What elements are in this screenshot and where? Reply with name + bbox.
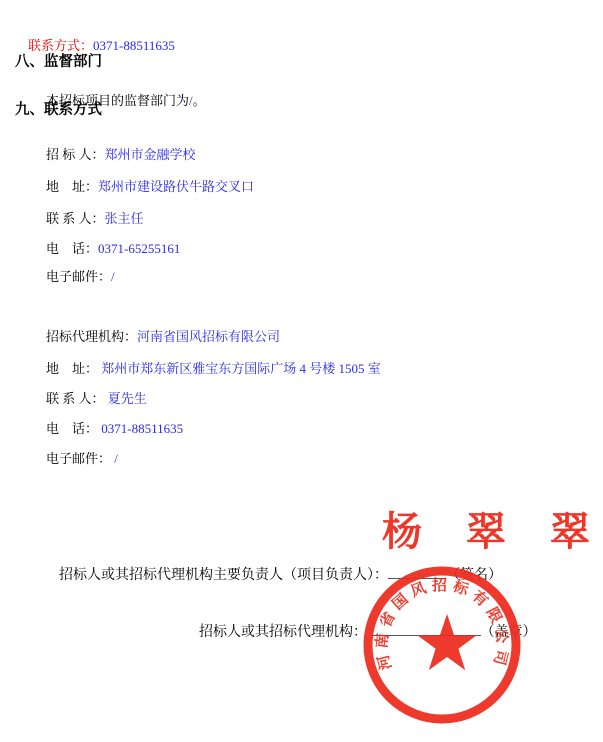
agency-email-value: / — [111, 451, 118, 466]
tenderer-email-label: 电子邮件： — [46, 269, 111, 284]
seal-star-icon — [418, 614, 477, 670]
sign-line-2-text: 招标人或其招标代理机构： — [199, 625, 371, 640]
section-9-heading: 九、联系方式 — [15, 98, 102, 119]
company-seal: 河南省国风招标有限公司 — [361, 565, 523, 725]
tenderer-email-value: / — [111, 269, 115, 284]
supervision-period: 。 — [193, 93, 206, 108]
agency-row-email: 电子邮件： / — [33, 432, 118, 483]
handwritten-signature: 杨 翠 翠 — [382, 500, 603, 557]
section-8-heading: 八、监督部门 — [15, 50, 102, 71]
top-contact-value: 0371-88511635 — [93, 38, 175, 53]
sign-line-1-text: 招标人或其招标代理机构主要负责人（项目负责人）： — [59, 568, 388, 583]
tender-document-page: 联系方式：0371-88511635 八、监督部门 本招标项目的监督部门为/。 … — [0, 0, 603, 742]
tenderer-row-email: 电子邮件：/ — [33, 250, 115, 301]
agency-email-label: 电子邮件： — [46, 451, 111, 466]
